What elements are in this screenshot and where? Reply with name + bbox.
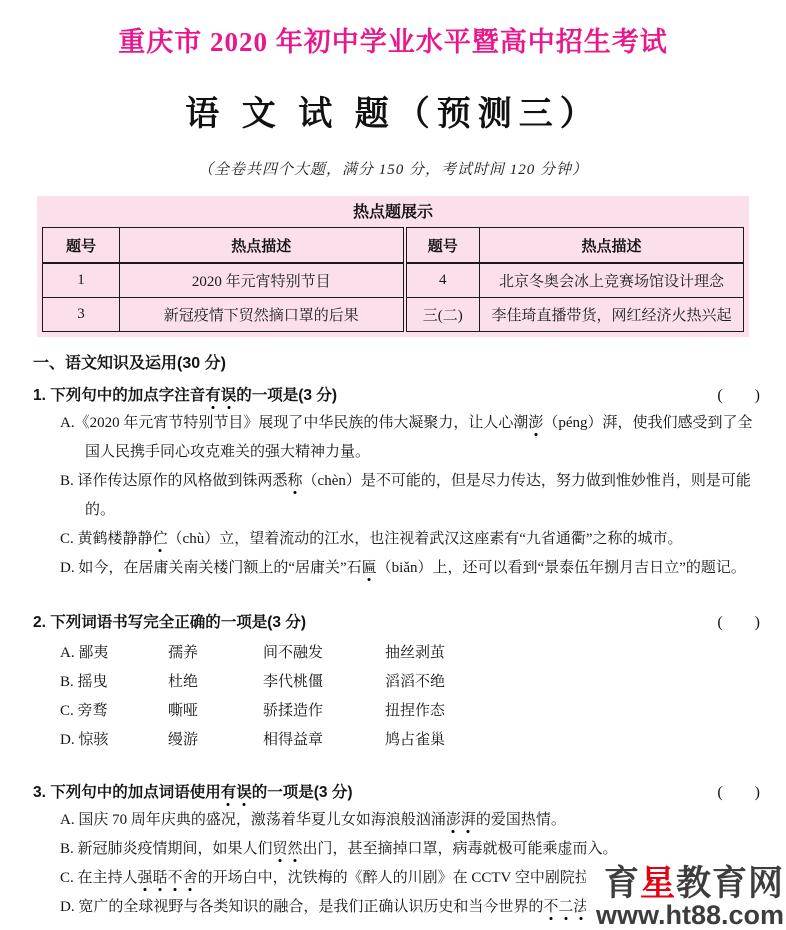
- cell-topic-desc: 北京冬奥会冰上竞赛场馆设计理念: [480, 263, 744, 298]
- question-1-text: 1. 下列句中的加点字注音有误的一项是(3 分): [33, 382, 337, 409]
- word-row-a: A. 鄙夷 孺养 间不融发 抽丝剥茧: [60, 639, 760, 668]
- word-row-d: D. 惊骇 缦游 相得益章 鸠占雀巢: [60, 726, 760, 755]
- word-cell: 鸠占雀巢: [385, 726, 760, 755]
- cell-question-number: 三(二): [405, 298, 480, 332]
- word-cell: A. 鄙夷: [60, 639, 168, 668]
- watermark-brand: 育星教育网: [596, 866, 784, 902]
- word-cell: B. 摇曳: [60, 668, 168, 697]
- col-header-number: 题号: [43, 228, 120, 264]
- col-header-desc: 热点描述: [480, 228, 744, 264]
- word-cell: 抽丝剥茧: [385, 639, 760, 668]
- word-cell: D. 惊骇: [60, 726, 168, 755]
- question-1-option-b: B. 译作传达原作的风格做到铢两悉称（chèn）是不可能的，但是尽力传达，努力做…: [60, 467, 760, 525]
- word-cell: 扭捏作态: [385, 697, 760, 726]
- paper-note: （全卷共四个大题，满分 150 分，考试时间 120 分钟）: [0, 158, 786, 179]
- question-1-option-d: D. 如今，在居庸关南关楼门额上的“居庸关”石匾（biǎn）上，还可以看到“景泰…: [60, 554, 760, 583]
- cell-question-number: 4: [405, 263, 480, 298]
- table-header-row: 题号 热点描述 题号 热点描述: [43, 228, 744, 264]
- cell-question-number: 3: [43, 298, 120, 332]
- word-cell: 骄揉造作: [263, 697, 385, 726]
- exam-title: 重庆市 2020 年初中学业水平暨高中招生考试: [0, 0, 786, 59]
- cell-topic-desc: 李佳琦直播带货，网红经济火热兴起: [480, 298, 744, 332]
- hot-topics-title: 热点题展示: [42, 198, 744, 227]
- cell-question-number: 1: [43, 263, 120, 298]
- answer-bracket: ( ): [717, 382, 760, 409]
- question-2-word-grid: A. 鄙夷 孺养 间不融发 抽丝剥茧 B. 摇曳 杜绝 李代桃僵 滔滔不绝 C.…: [60, 639, 760, 755]
- table-row: 3 新冠疫情下贸然摘口罩的后果 三(二) 李佳琦直播带货，网红经济火热兴起: [43, 298, 744, 332]
- table-row: 1 2020 年元宵特别节目 4 北京冬奥会冰上竞赛场馆设计理念: [43, 263, 744, 298]
- answer-bracket: ( ): [717, 609, 760, 636]
- col-header-number: 题号: [405, 228, 480, 264]
- word-cell: 间不融发: [263, 639, 385, 668]
- cell-topic-desc: 新冠疫情下贸然摘口罩的后果: [120, 298, 405, 332]
- word-cell: 李代桃僵: [263, 668, 385, 697]
- word-row-c: C. 旁骛 嘶哑 骄揉造作 扭捏作态: [60, 697, 760, 726]
- watermark-url: www.ht88.com: [596, 902, 784, 928]
- question-1-stem: 1. 下列句中的加点字注音有误的一项是(3 分) ( ): [33, 382, 760, 409]
- paper-title: 语 文 试 题（预测三）: [0, 86, 786, 135]
- question-3-option-a: A. 国庆 70 周年庆典的盛况，激荡着华夏儿女如海浪般汹涌澎湃的爱国热情。: [60, 806, 760, 835]
- word-cell: 孺养: [168, 639, 263, 668]
- question-2-stem: 2. 下列词语书写完全正确的一项是(3 分) ( ): [33, 609, 760, 636]
- watermark: 育星教育网 www.ht88.com: [586, 863, 786, 930]
- word-cell: 滔滔不绝: [385, 668, 760, 697]
- hot-topics-table: 题号 热点描述 题号 热点描述 1 2020 年元宵特别节目 4 北京冬奥会冰上…: [42, 227, 744, 332]
- word-cell: 杜绝: [168, 668, 263, 697]
- section-heading: 一、语文知识及运用(30 分): [33, 352, 760, 376]
- col-header-desc: 热点描述: [120, 228, 405, 264]
- word-cell: 嘶哑: [168, 697, 263, 726]
- question-1-option-c: C. 黄鹤楼静静伫（chù）立，望着流动的江水，也注视着武汉这座素有“九省通衢”…: [60, 525, 760, 554]
- question-2-text: 2. 下列词语书写完全正确的一项是(3 分): [33, 609, 306, 636]
- answer-bracket: ( ): [717, 779, 760, 806]
- question-3-stem: 3. 下列句中的加点词语使用有误的一项是(3 分) ( ): [33, 779, 760, 806]
- question-3-option-b: B. 新冠肺炎疫情期间，如果人们贸然出门，甚至摘掉口罩，病毒就极可能乘虚而入。: [60, 835, 760, 864]
- word-cell: C. 旁骛: [60, 697, 168, 726]
- question-1-option-a: A.《2020 年元宵节特别节目》展现了中华民族的伟大凝聚力，让人心潮澎（pén…: [60, 409, 760, 467]
- word-row-b: B. 摇曳 杜绝 李代桃僵 滔滔不绝: [60, 668, 760, 697]
- question-3-text: 3. 下列句中的加点词语使用有误的一项是(3 分): [33, 779, 353, 806]
- word-cell: 缦游: [168, 726, 263, 755]
- exam-paper-page: 重庆市 2020 年初中学业水平暨高中招生考试 语 文 试 题（预测三） （全卷…: [0, 0, 786, 930]
- hot-topics-panel: 热点题展示 题号 热点描述 题号 热点描述 1 2020 年元宵特别节目 4 北…: [37, 196, 749, 337]
- cell-topic-desc: 2020 年元宵特别节目: [120, 263, 405, 298]
- word-cell: 相得益章: [263, 726, 385, 755]
